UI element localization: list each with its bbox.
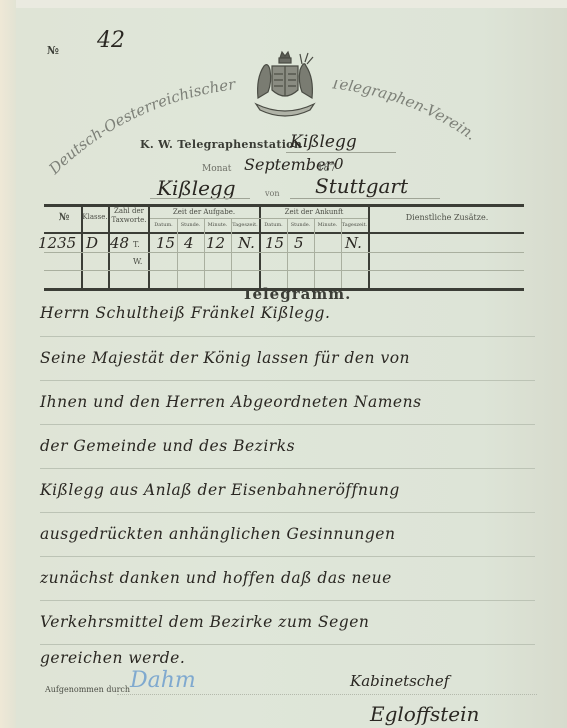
subheader-date: Datum.: [260, 222, 287, 228]
received-by-label: Aufgenommen durch: [45, 685, 130, 694]
submission-hour: 4: [184, 234, 194, 252]
subheader-daytime: Tageszeit.: [231, 222, 259, 228]
subheader-hour: Stunde.: [177, 222, 204, 228]
col-header-service-notes: Dienstliche Zusätze.: [370, 213, 524, 222]
message-line: gereichen werde.: [40, 649, 185, 667]
signature-name: Egloffstein: [370, 702, 479, 726]
page-top-edge: [0, 0, 567, 8]
message-line: zunächst danken und hoffen daß das neue: [40, 569, 392, 587]
col-header-class: Klasse.: [82, 213, 108, 221]
message-line: Kißlegg aus Anlaß der Eisenbahneröffnung: [40, 481, 400, 499]
submission-date: 15: [156, 234, 175, 252]
received-by-line: [117, 694, 537, 695]
message-line: der Gemeinde und des Bezirks: [40, 437, 295, 455]
message-line: Seine Majestät der König lassen für den …: [40, 349, 410, 367]
word-count: 48: [110, 234, 129, 252]
message-line: Verkehrsmittel dem Bezirke zum Segen: [40, 613, 369, 631]
col-header-arrival-time: Zeit der Ankunft: [260, 208, 368, 216]
from-label: von: [265, 189, 280, 198]
wuerttemberg-coat-of-arms-icon: [250, 48, 320, 120]
station-underline: [286, 152, 396, 153]
destination-place: Kißlegg: [157, 176, 236, 200]
arrival-date: 15: [265, 234, 284, 252]
telegram-page: № 42 Deutsch-Oesterreichischer Telegraph…: [0, 0, 567, 728]
message-line: Herrn Schultheiß Fränkel Kißlegg.: [40, 304, 330, 322]
telegram-number: 1235: [38, 234, 76, 252]
message-line: Ihnen und den Herren Abgeordneten Namens: [40, 393, 422, 411]
subheader-date: Datum.: [150, 222, 177, 228]
col-header-number: №: [48, 212, 80, 223]
page-left-edge: [0, 0, 16, 728]
subheader-minute: Minute.: [204, 222, 231, 228]
arrival-daytime: N.: [345, 234, 362, 252]
number-value: 42: [97, 28, 125, 53]
month-label: Monat: [202, 164, 231, 174]
word-count-T-label: T.: [133, 240, 140, 249]
subheader-minute: Minute.: [314, 222, 341, 228]
word-count-W-label: W.: [133, 257, 142, 266]
received-by-value: Dahm: [130, 668, 196, 693]
origin-underline: [290, 198, 440, 199]
subheader-daytime: Tageszeit.: [341, 222, 368, 228]
station-value: Kißlegg: [290, 132, 357, 152]
number-label: №: [47, 44, 59, 57]
subheader-hour: Stunde.: [287, 222, 314, 228]
telegram-class: D: [86, 234, 98, 252]
col-header-words: Zahl der Taxworte.: [110, 207, 148, 225]
signature-title: Kabinetschef: [350, 672, 449, 690]
origin-place: Stuttgart: [315, 174, 408, 198]
submission-daytime: N.: [238, 234, 255, 252]
col-header-submission-time: Zeit der Aufgabe.: [150, 208, 258, 216]
submission-minute: 12: [206, 234, 225, 252]
station-label: K. W. Telegraphenstation: [140, 138, 302, 151]
arrival-hour: 5: [294, 234, 304, 252]
destination-underline: [150, 198, 250, 199]
telegram-title: Telegramm.: [242, 285, 351, 303]
message-line: ausgedrückten anhänglichen Gesinnungen: [40, 525, 395, 543]
year-handwritten: 0: [334, 155, 344, 173]
